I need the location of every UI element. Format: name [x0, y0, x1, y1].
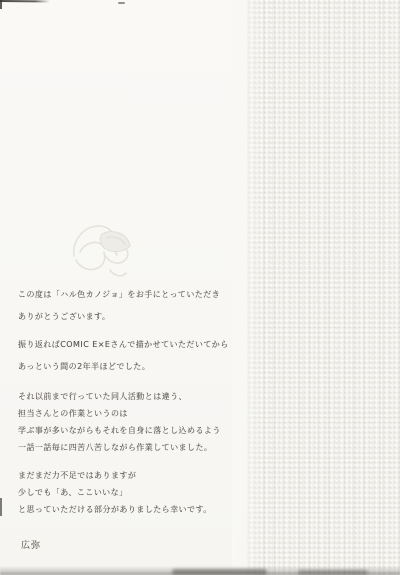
afterword-line: 少しでも「あ、ここいいな」: [18, 488, 128, 498]
afterword-line: ありがとうございます。: [18, 312, 110, 322]
afterword-line: あっという間の2年半ほどでした。: [18, 362, 150, 372]
canvas-texture-strip: [247, 0, 400, 575]
afterword-line: まだまだ力不足ではありますが: [18, 471, 136, 481]
afterword-line: と思っていただける部分がありましたら幸いです。: [18, 505, 212, 515]
scan-artifact-top-left-vertical: [0, 0, 2, 9]
scan-shadow-blob: [298, 570, 368, 575]
afterword-line: それ以前まで行っていた同人活動とは違う、: [18, 392, 187, 402]
afterword-line: 担当さんとの作業というのは: [18, 409, 128, 419]
creature-sketch-watermark-icon: [66, 214, 142, 288]
afterword-line: 一話一話毎に四苦八苦しながら作業していました。: [18, 443, 212, 453]
author-signature: 広弥: [21, 538, 41, 551]
scan-shadow-blob: [172, 569, 267, 575]
scanned-afterword-page: この度は「ハル色カノジョ」をお手にとっていただき ありがとうございます。 振り返…: [0, 0, 400, 575]
afterword-line: 学ぶ事が多いながらもそれを自身に落とし込めるよう: [18, 426, 221, 436]
texture-fade-edge: [232, 0, 262, 575]
afterword-line: 振り返ればCOMIC E×Eさんで描かせていただいてから: [18, 340, 229, 350]
scan-artifact-top-speck: [118, 2, 125, 4]
scan-artifact-top-left: [0, 0, 50, 3]
scan-artifact-left-edge: [0, 498, 2, 516]
afterword-line: この度は「ハル色カノジョ」をお手にとっていただき: [18, 290, 220, 300]
